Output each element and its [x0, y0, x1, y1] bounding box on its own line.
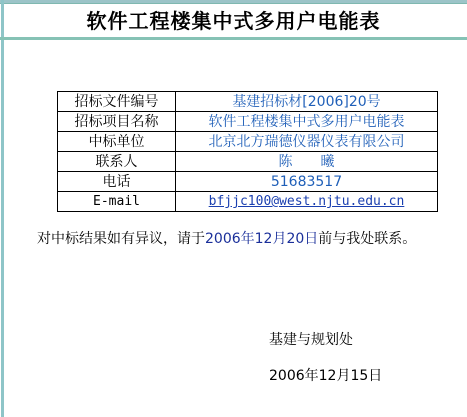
table-row: 中标单位 北京北方瑞德仪器仪表有限公司: [58, 132, 438, 152]
table-row: 电话 51683517: [58, 172, 438, 192]
frame-top-border: [0, 0, 467, 4]
notice-prefix: 对中标结果如有异议，请于: [37, 231, 205, 247]
value-winning-bidder: 北京北方瑞德仪器仪表有限公司: [176, 132, 438, 152]
signature-date: 2006年12月15日: [269, 367, 382, 385]
table-row: 联系人 陈 曦: [58, 152, 438, 172]
value-bid-doc-number: 基建招标材[2006]20号: [176, 92, 438, 112]
label-project-name: 招标项目名称: [58, 112, 176, 132]
table-row: 招标文件编号 基建招标材[2006]20号: [58, 92, 438, 112]
label-email: E-mail: [58, 192, 176, 212]
page-title: 软件工程楼集中式多用户电能表: [0, 6, 467, 36]
label-bid-doc-number: 招标文件编号: [58, 92, 176, 112]
value-email-cell: bfjjc100@west.njtu.edu.cn: [176, 192, 438, 212]
label-contact: 联系人: [58, 152, 176, 172]
value-phone: 51683517: [176, 172, 438, 192]
label-winning-bidder: 中标单位: [58, 132, 176, 152]
label-phone: 电话: [58, 172, 176, 192]
title-divider: [0, 37, 467, 40]
table-row: 招标项目名称 软件工程楼集中式多用户电能表: [58, 112, 438, 132]
signature-department: 基建与规划处: [269, 331, 353, 349]
table-row: E-mail bfjjc100@west.njtu.edu.cn: [58, 192, 438, 212]
value-project-name: 软件工程楼集中式多用户电能表: [176, 112, 438, 132]
objection-notice: 对中标结果如有异议，请于2006年12月20日前与我处联系。: [37, 230, 416, 248]
value-contact: 陈 曦: [176, 152, 438, 172]
frame-left-border: [1, 0, 4, 417]
notice-deadline: 2006年12月20日: [205, 231, 318, 247]
email-link[interactable]: bfjjc100@west.njtu.edu.cn: [209, 194, 405, 209]
bid-info-table: 招标文件编号 基建招标材[2006]20号 招标项目名称 软件工程楼集中式多用户…: [57, 91, 438, 212]
notice-suffix: 前与我处联系。: [318, 231, 416, 247]
